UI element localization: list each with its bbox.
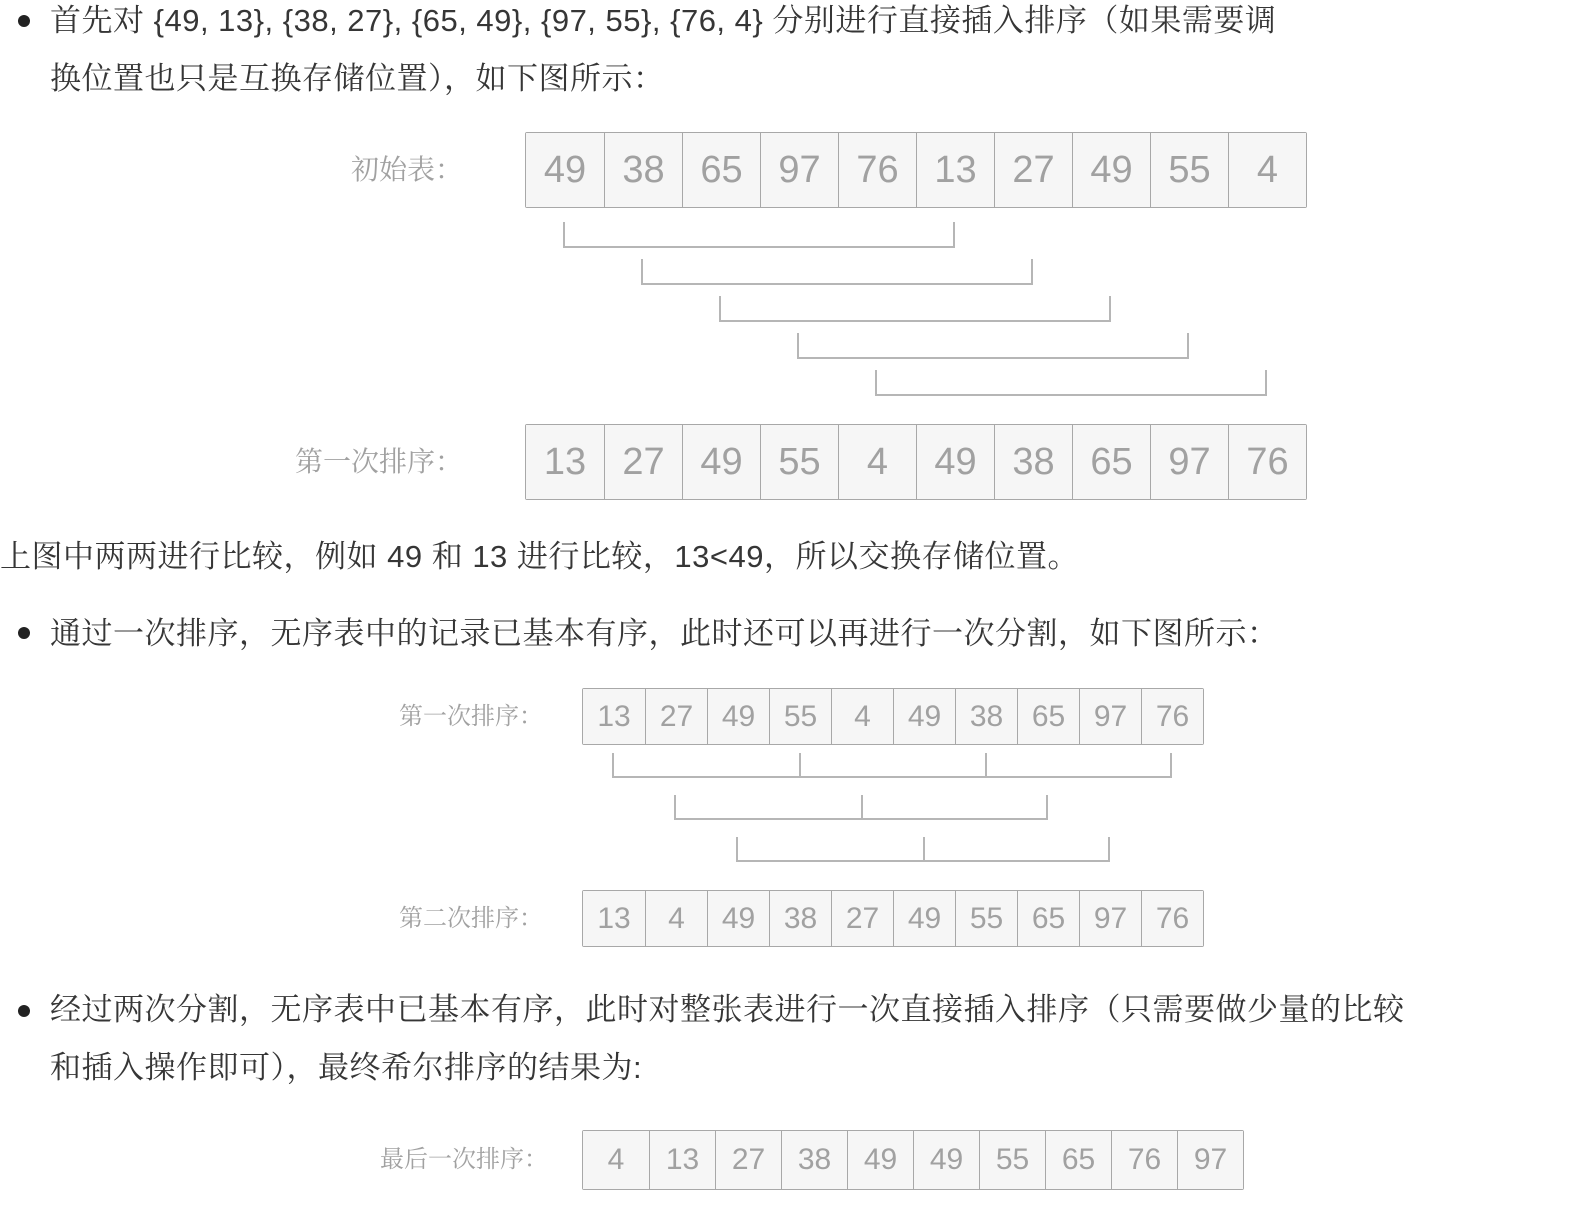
array-cell: 55 <box>955 891 1017 946</box>
group-bracket <box>797 333 1189 359</box>
array-cell: 49 <box>707 891 769 946</box>
array-cell: 55 <box>760 425 838 499</box>
array-row: 4938659776132749554 <box>525 132 1307 208</box>
array-cell: 49 <box>913 1131 979 1189</box>
array-cell: 13 <box>916 133 994 207</box>
array-cell: 27 <box>645 689 707 744</box>
group-bracket <box>674 795 1048 820</box>
group-bracket-tick <box>799 753 801 776</box>
array-label: 第一次排序： <box>0 424 463 500</box>
array-cell: 49 <box>1072 133 1150 207</box>
array-cell: 38 <box>955 689 1017 744</box>
array-cell: 49 <box>526 133 604 207</box>
group-bracket <box>612 753 1172 778</box>
array-cell: 13 <box>649 1131 715 1189</box>
array-cell: 38 <box>781 1131 847 1189</box>
array-cell: 65 <box>1017 891 1079 946</box>
array-cell: 76 <box>838 133 916 207</box>
group-bracket <box>719 296 1111 322</box>
group-bracket <box>563 222 955 248</box>
array-cell: 4 <box>831 689 893 744</box>
array-cell: 65 <box>1072 425 1150 499</box>
array-cell: 76 <box>1141 689 1203 744</box>
array-cell: 4 <box>1228 133 1306 207</box>
array-cell: 13 <box>583 689 645 744</box>
array-cell: 97 <box>1177 1131 1243 1189</box>
array-cell: 38 <box>604 133 682 207</box>
array-cell: 76 <box>1228 425 1306 499</box>
array-cell: 55 <box>1150 133 1228 207</box>
array-cell: 65 <box>682 133 760 207</box>
sort-diagrams: 初始表：4938659776132749554第一次排序：13274955449… <box>0 0 1592 1208</box>
array-cell: 38 <box>994 425 1072 499</box>
array-cell: 97 <box>1079 891 1141 946</box>
array-label: 最后一次排序： <box>0 1130 548 1190</box>
array-row: 1327495544938659776 <box>525 424 1307 500</box>
array-cell: 49 <box>847 1131 913 1189</box>
array-cell: 65 <box>1045 1131 1111 1189</box>
array-row: 1327495544938659776 <box>582 688 1204 745</box>
array-cell: 55 <box>979 1131 1045 1189</box>
array-cell: 27 <box>831 891 893 946</box>
array-row: 4132738494955657697 <box>582 1130 1244 1190</box>
group-bracket <box>641 259 1033 285</box>
array-cell: 4 <box>838 425 916 499</box>
group-bracket <box>736 837 1110 862</box>
array-cell: 4 <box>645 891 707 946</box>
array-cell: 97 <box>1150 425 1228 499</box>
array-cell: 49 <box>893 891 955 946</box>
array-cell: 27 <box>715 1131 781 1189</box>
array-cell: 76 <box>1111 1131 1177 1189</box>
array-cell: 97 <box>760 133 838 207</box>
group-bracket-tick <box>923 837 925 860</box>
array-cell: 65 <box>1017 689 1079 744</box>
array-row: 1344938274955659776 <box>582 890 1204 947</box>
array-label: 第一次排序： <box>0 688 543 745</box>
array-cell: 55 <box>769 689 831 744</box>
array-label: 初始表： <box>0 132 463 208</box>
array-cell: 49 <box>682 425 760 499</box>
array-cell: 49 <box>916 425 994 499</box>
array-label: 第二次排序： <box>0 890 543 947</box>
array-cell: 38 <box>769 891 831 946</box>
array-cell: 4 <box>583 1131 649 1189</box>
array-cell: 27 <box>604 425 682 499</box>
array-cell: 13 <box>526 425 604 499</box>
array-cell: 27 <box>994 133 1072 207</box>
array-cell: 49 <box>893 689 955 744</box>
array-cell: 76 <box>1141 891 1203 946</box>
array-cell: 13 <box>583 891 645 946</box>
group-bracket-tick <box>861 795 863 818</box>
group-bracket <box>875 370 1267 396</box>
array-cell: 49 <box>707 689 769 744</box>
array-cell: 97 <box>1079 689 1141 744</box>
group-bracket-tick <box>985 753 987 776</box>
shell-sort-tutorial-page: 首先对 {49, 13}, {38, 27}, {65, 49}, {97, 5… <box>0 0 1592 1208</box>
